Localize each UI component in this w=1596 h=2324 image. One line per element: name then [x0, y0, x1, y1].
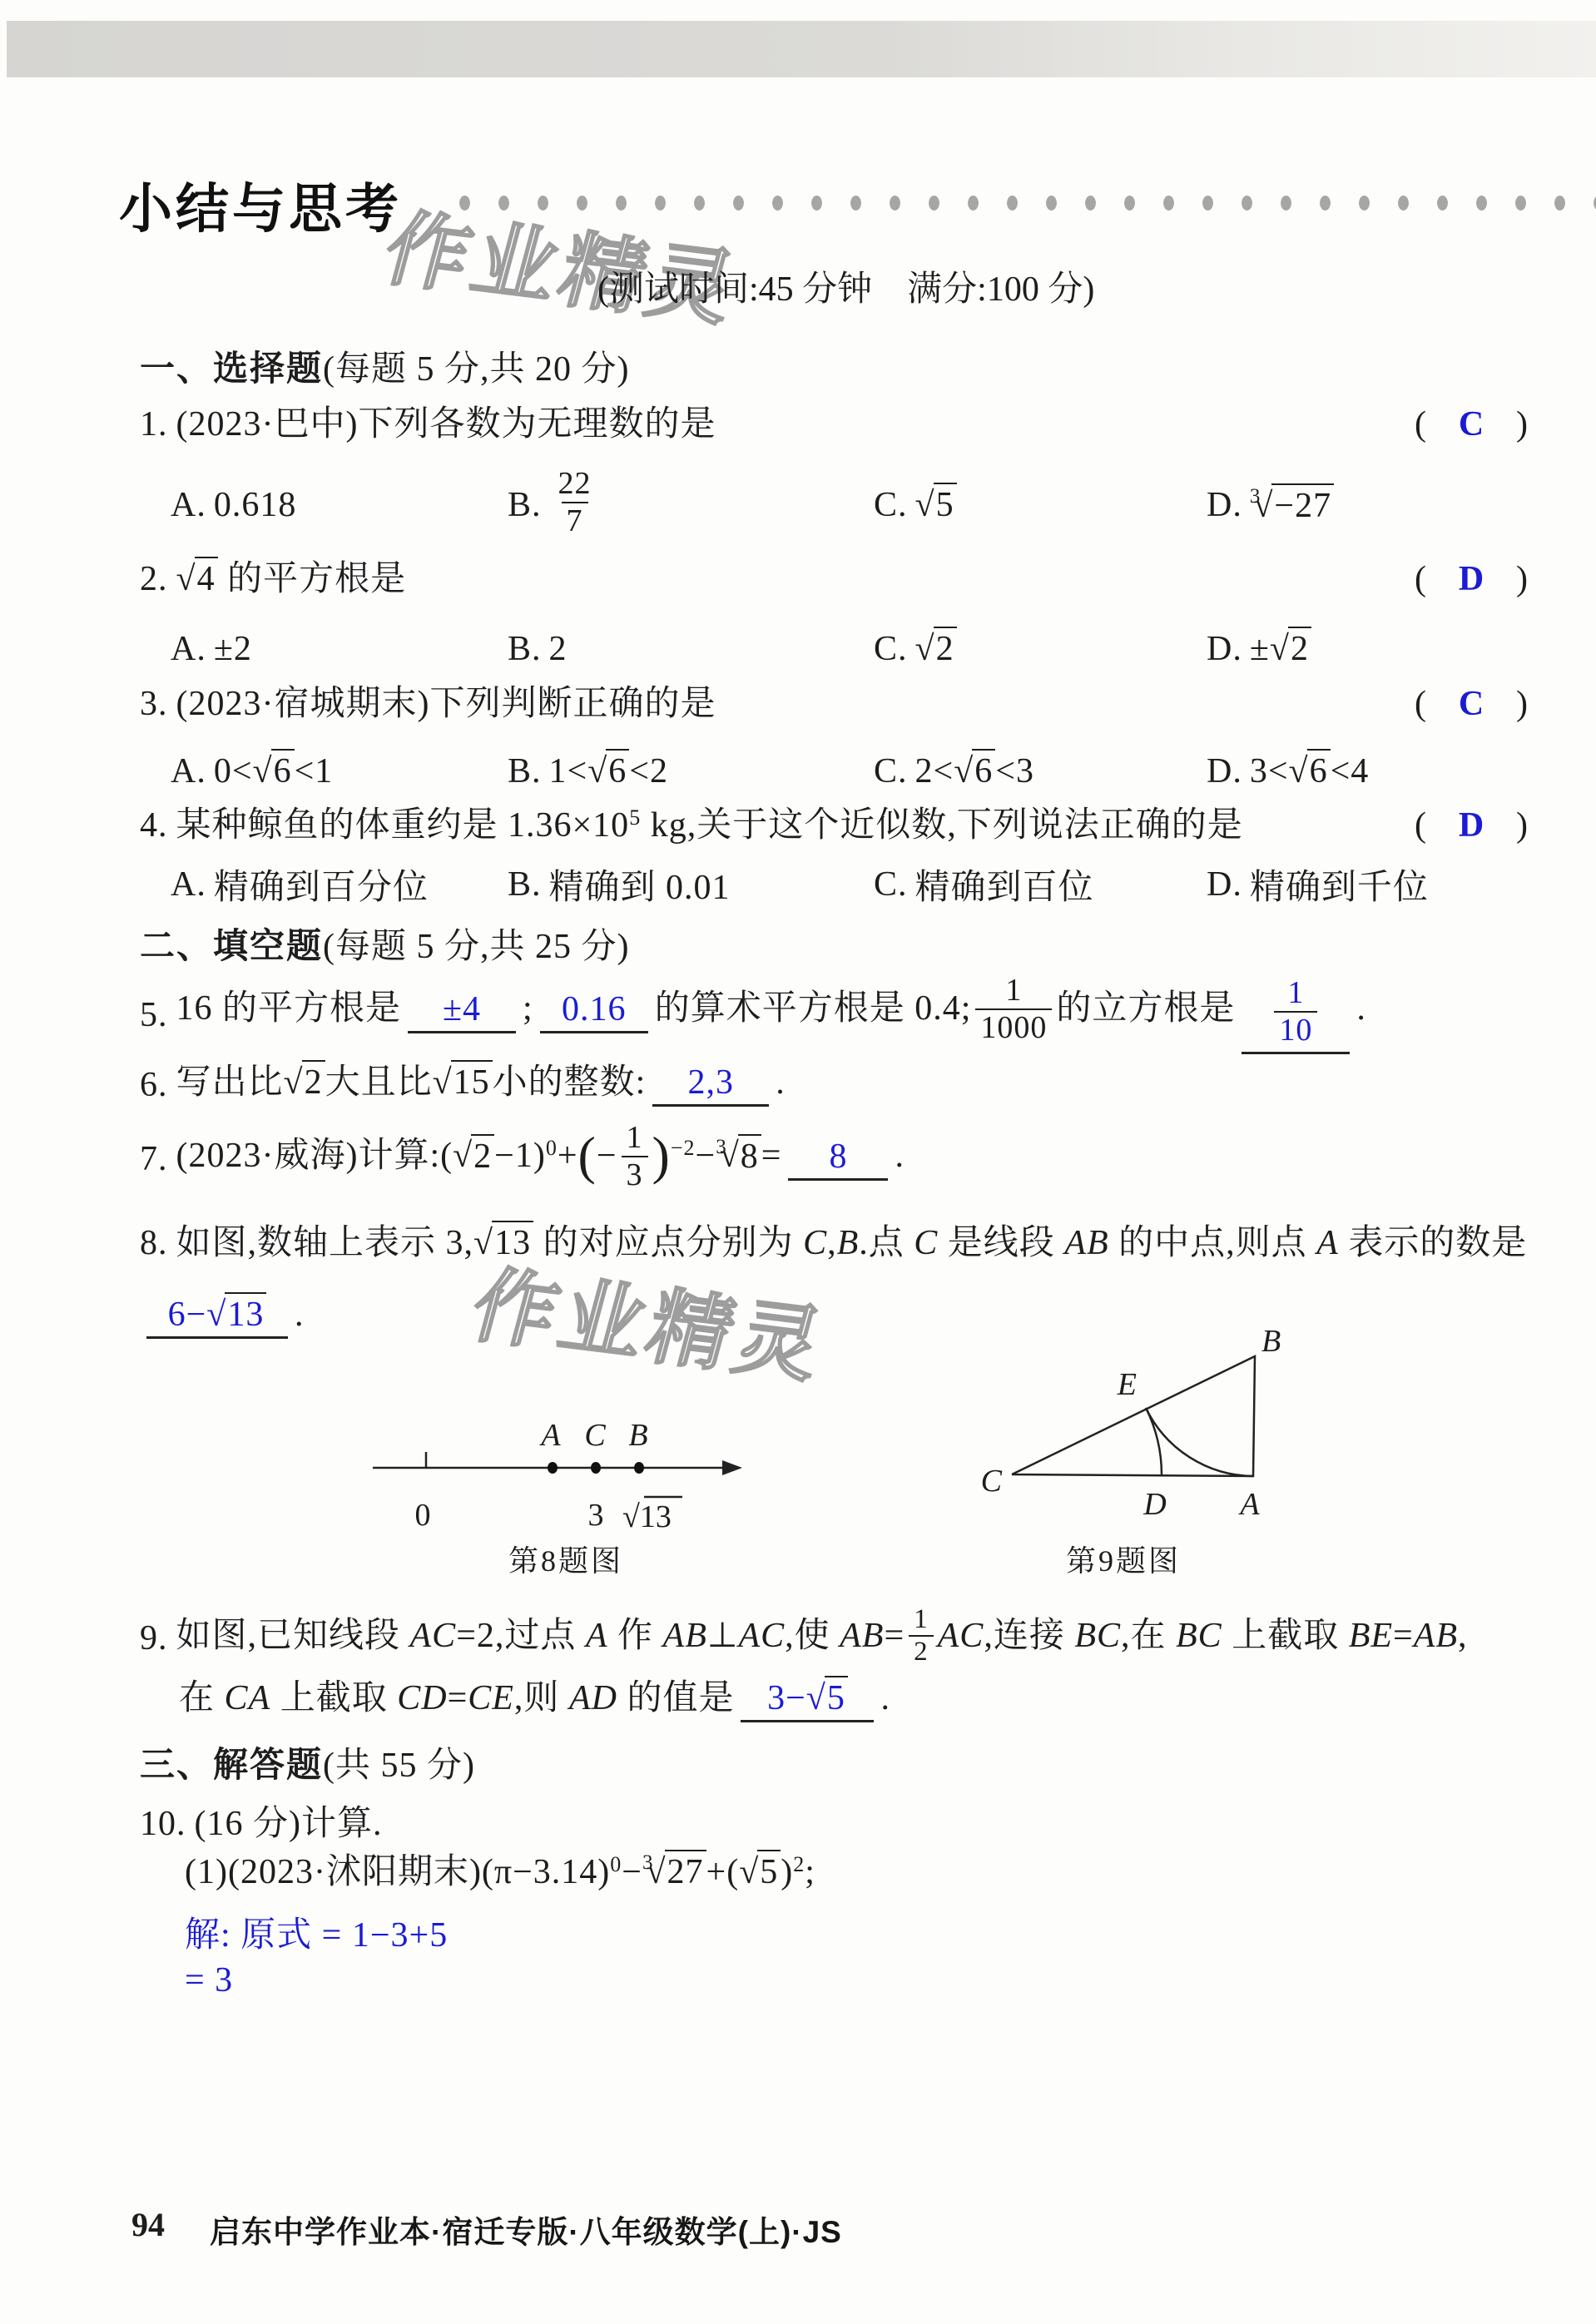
paren-open: (	[1415, 684, 1426, 724]
option-b: B.1<√6<2	[508, 736, 668, 807]
option-d: D.3<√6<4	[1207, 736, 1369, 807]
q4-answer-box: (D)	[1415, 805, 1528, 845]
option-a: A.0.618	[171, 458, 296, 552]
paren-close: )	[1516, 684, 1528, 724]
q2-answer: D	[1459, 559, 1484, 599]
option-d: D.3√−27	[1207, 458, 1334, 552]
paren-open: (	[1415, 805, 1426, 845]
book-title: 启东中学作业本·宿迁专版·八年级数学(上)·JS	[210, 2207, 842, 2252]
q4-options: A.精确到百分位 B.精确到 0.01 C.精确到百位 D.精确到千位	[0, 849, 1596, 920]
scan-top-band	[7, 21, 1596, 77]
q3-options: A.0<√6<1 B.1<√6<2 C.2<√6<3 D.3<√6<4	[0, 736, 1596, 807]
svg-text:E: E	[1117, 1367, 1137, 1402]
q4-answer: D	[1459, 805, 1484, 845]
option-c: C.√2	[874, 613, 957, 685]
q1-answer-box: (C)	[1415, 404, 1528, 444]
figure-q9-triangle: B E C D A	[982, 1308, 1331, 1541]
svg-text:B: B	[628, 1418, 647, 1453]
paren-close: )	[1516, 404, 1528, 444]
option-d: D.精确到千位	[1207, 849, 1429, 920]
q2-answer-box: (D)	[1415, 559, 1528, 599]
paren-close: )	[1516, 805, 1528, 845]
option-a: A.±2	[171, 613, 252, 685]
svg-text:作业精灵: 作业精灵	[462, 1260, 836, 1393]
solution-line-2: = 3	[185, 1960, 233, 2002]
option-c: C.2<√6<3	[874, 736, 1034, 807]
svg-text:C: C	[981, 1464, 1003, 1499]
question-8-answer: 6−√13.	[140, 1271, 305, 1363]
svg-text:B: B	[1261, 1324, 1281, 1359]
figure-9-caption: 第9题图	[949, 1538, 1298, 1580]
watermark-2: 作业精灵	[466, 1261, 999, 1419]
svg-text:√13: √13	[622, 1499, 672, 1534]
section-3-header: 三、解答题(共 55 分)	[140, 1744, 475, 1787]
svg-text:0: 0	[415, 1498, 431, 1533]
question-9-line2: 在 CA 上截取 CD=CE,则 AD 的值是3−√5.	[179, 1655, 890, 1747]
option-d: D.±√2	[1207, 613, 1311, 685]
option-b: B.2	[508, 613, 568, 685]
test-info: (测试时间:45 分钟 满分:100 分)	[597, 261, 1094, 311]
paren-open: (	[1415, 404, 1426, 444]
paren-close: )	[1516, 559, 1528, 599]
q1-answer: C	[1459, 404, 1484, 444]
q3-answer-box: (C)	[1415, 684, 1528, 724]
page-title: 小结与思考	[119, 166, 402, 243]
question-1: 1.(2023·巴中)下列各数为无理数的是	[140, 404, 716, 446]
option-a: A.0<√6<1	[171, 736, 333, 807]
question-8: 8.如图,数轴上表示 3,√13 的对应点分别为 C,B.点 C 是线段 AB …	[140, 1223, 1527, 1265]
axis-arrow-icon	[722, 1460, 742, 1475]
option-c: C.√5	[874, 458, 957, 552]
option-b: B.精确到 0.01	[508, 849, 731, 920]
section-2-header: 二、填空题(每题 5 分,共 25 分)	[140, 925, 630, 969]
figure-q8-number-line: A C B 0 3 √13	[358, 1402, 774, 1539]
q3-answer: C	[1459, 684, 1484, 724]
q2-options: A.±2 B.2 C.√2 D.±√2	[0, 613, 1596, 685]
svg-text:A: A	[538, 1418, 561, 1453]
option-b: B.227	[508, 458, 601, 552]
paren-open: (	[1415, 559, 1426, 599]
solution-label: 解:	[185, 1916, 231, 1955]
question-4: 4.某种鲸鱼的体重约是 1.36×105 kg,关于这个近似数,下列说法正确的是	[140, 805, 1243, 847]
question-3: 3.(2023·宿城期末)下列判断正确的是	[140, 684, 716, 726]
figure-8-caption: 第8题图	[358, 1538, 774, 1580]
svg-text:C: C	[584, 1418, 606, 1453]
section-1-header: 一、选择题(每题 5 分,共 20 分)	[140, 348, 630, 391]
q1-options: A.0.618 B.227 C.√5 D.3√−27	[0, 458, 1596, 552]
option-a: A.精确到百分位	[171, 849, 429, 920]
page-number: 94	[131, 2205, 165, 2244]
svg-text:A: A	[1237, 1487, 1260, 1522]
solution-line-1: 解: 原式 = 1−3+5	[185, 1915, 448, 1957]
question-7: 7.(2023·威海)计算:(√2−1)0+(−13)−2−3√8=8.	[140, 1113, 905, 1205]
option-c: C.精确到百位	[874, 849, 1094, 920]
question-2: 2.√4 的平方根是	[140, 559, 406, 601]
workbook-page: 小结与思考 作业精灵 (测试时间:45 分钟 满分:100 分) 一、选择题(每…	[0, 0, 1596, 2324]
question-10-part1: (1)(2023·沭阳期末)(π−3.14)0−3√27+(√5)2;	[185, 1826, 815, 1917]
svg-text:3: 3	[588, 1498, 604, 1533]
svg-text:D: D	[1142, 1487, 1166, 1522]
